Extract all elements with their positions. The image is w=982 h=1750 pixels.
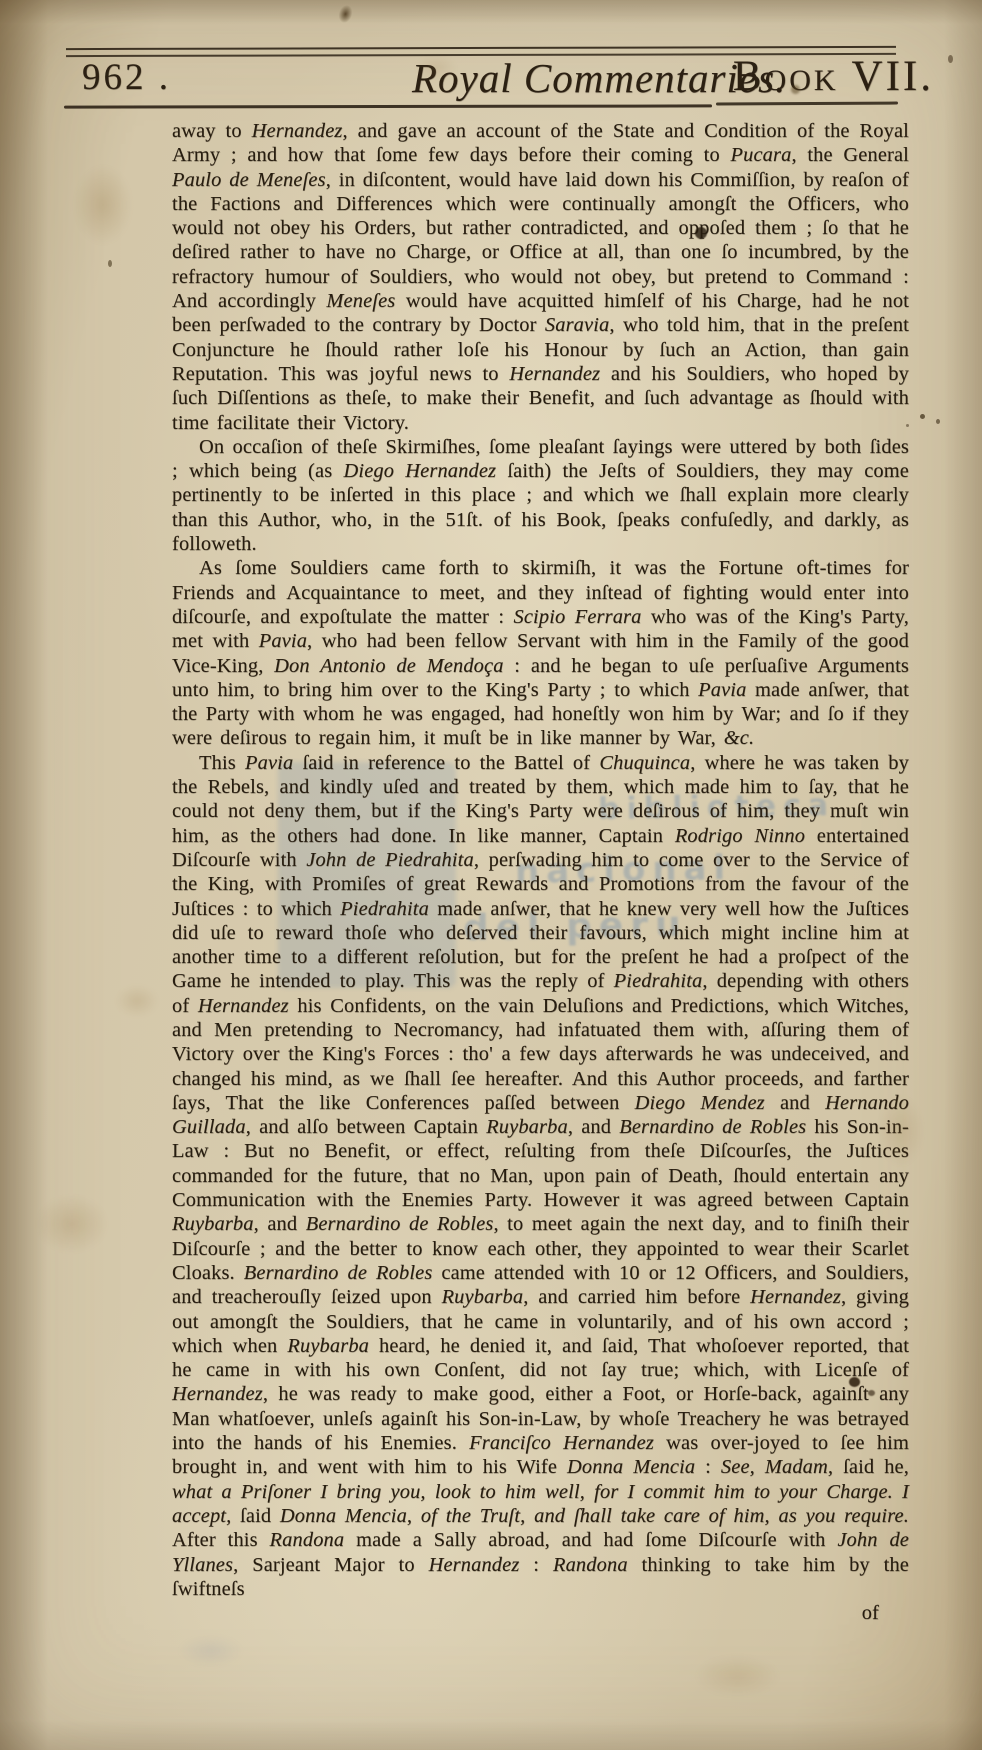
margin-speck (108, 260, 112, 267)
book-page-scan: biblioteca nacional del peru 962 . Royal… (0, 0, 982, 1750)
italic-segment: Diego Mendez (635, 1092, 765, 1114)
paper-stain (74, 165, 132, 245)
italic-segment: Ruybarba (287, 1335, 369, 1357)
italic-segment: Scipio Ferrara (514, 606, 642, 628)
paper-stain (337, 3, 355, 24)
text-segment: This (199, 752, 245, 774)
text-segment: ſaid (231, 1505, 280, 1527)
text-segment: , and carried him before (523, 1286, 750, 1308)
italic-segment: Ruybarba (442, 1286, 524, 1308)
italic-segment: Diego Hernandez (344, 460, 497, 482)
page-number: 962 . (82, 56, 171, 99)
paragraph: As ſome Souldiers came forth to skirmiſh… (172, 556, 909, 750)
text-segment: : (695, 1456, 721, 1478)
text-segment: ſaid he, (833, 1456, 909, 1478)
catchword: of (862, 1602, 879, 1624)
paragraph: away to Hernandez, and gave an account o… (172, 119, 909, 435)
text-segment: and (765, 1092, 825, 1114)
text-segment: , Sarjeant Major to (233, 1554, 428, 1576)
italic-segment: John de Piedrahita (306, 849, 474, 871)
text-segment: , the General (791, 144, 909, 166)
page-text: away to Hernandez, and gave an account o… (172, 119, 909, 1625)
italic-segment: Pavia (245, 752, 293, 774)
italic-segment: Hernandez (198, 995, 289, 1017)
margin-speck (948, 55, 953, 63)
italic-segment: Hernandez (429, 1554, 520, 1576)
italic-segment: Saravia (545, 314, 609, 336)
italic-segment: Donna Mencia (567, 1456, 695, 1478)
text-segment: : (519, 1554, 553, 1576)
paper-stain (36, 1195, 108, 1253)
paper-stain (116, 985, 158, 1017)
italic-segment: Meneſes (326, 290, 395, 312)
italic-segment: Pavia (259, 630, 307, 652)
italic-segment: Paulo de Meneſes (172, 169, 326, 191)
paragraph: On occaſion of theſe Skirmiſhes, ſome pl… (172, 435, 909, 556)
text-segment: After this (172, 1529, 270, 1551)
text-segment: , and (568, 1116, 619, 1138)
italic-segment: Bernardino de Robles (619, 1116, 806, 1138)
italic-segment: Pavia (698, 679, 746, 701)
italic-segment: Hernandez (509, 363, 600, 385)
italic-segment: Ruybarba (486, 1116, 568, 1138)
italic-segment: Pucara (731, 144, 792, 166)
italic-segment: Bernardino de Robles (306, 1213, 494, 1235)
italic-segment: Hernandez (252, 120, 343, 142)
italic-segment: Franciſco Hernandez (469, 1432, 654, 1454)
italic-segment: Ruybarba (172, 1213, 254, 1235)
italic-segment: Randona (553, 1554, 628, 1576)
italic-segment: Rodrigo Ninno (675, 825, 805, 847)
italic-segment: Don Antonio de Mendoça (274, 655, 503, 677)
italic-segment: See, Madam, (721, 1456, 833, 1478)
italic-segment: &c. (724, 727, 754, 749)
header-rule-bottom (716, 102, 898, 106)
italic-segment: Randona (270, 1529, 345, 1551)
text-segment: , and alſo between Captain (246, 1116, 486, 1138)
text-segment: away to (172, 120, 252, 142)
book-label: Book VII. (733, 52, 934, 101)
italic-segment: Donna Mencia, of the Truſt, and ſhall ta… (280, 1505, 909, 1527)
paper-stain (695, 1655, 780, 1697)
text-segment: ſaid in reference to the Battel of (293, 752, 599, 774)
paragraph: This Pavia ſaid in reference to the Batt… (172, 751, 909, 1601)
italic-segment: Chuquinca (599, 752, 690, 774)
margin-speck (920, 414, 925, 419)
italic-segment: Bernardino de Robles (244, 1262, 433, 1284)
italic-segment: Piedrahita (340, 898, 429, 920)
italic-segment: Piedrahita (614, 970, 703, 992)
text-segment: , and (254, 1213, 306, 1235)
margin-speck (936, 419, 940, 424)
running-title: Royal Commentaries. (412, 54, 786, 102)
italic-segment: Hernandez (172, 1383, 263, 1405)
catchword-line: of (172, 1601, 909, 1625)
paper-stain (178, 1635, 243, 1667)
header-rule-bottom (64, 104, 712, 108)
text-segment: made a Sally abroad, and had ſome Diſcou… (344, 1529, 837, 1551)
italic-segment: Hernandez (750, 1286, 841, 1308)
